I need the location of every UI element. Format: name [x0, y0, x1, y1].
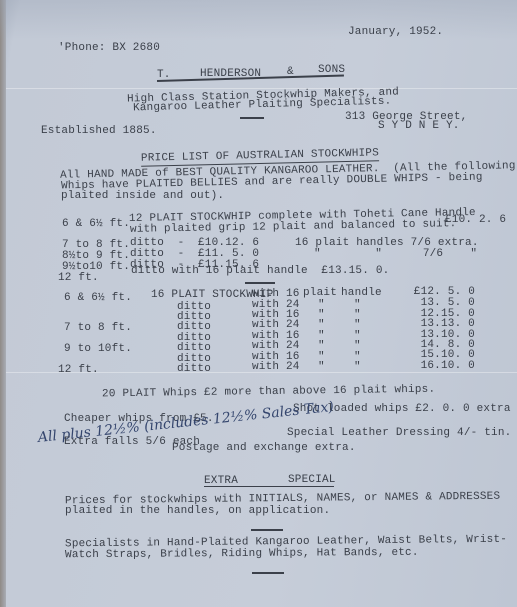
divider	[240, 117, 264, 119]
extra-special-line-2: plaited in the handles, on application.	[65, 506, 330, 517]
divider	[252, 572, 284, 574]
handle-q2: "	[354, 362, 361, 373]
size: 6 & 6½ ft.	[64, 293, 132, 304]
description: ditto	[177, 364, 211, 375]
paper-left-edge	[0, 0, 6, 607]
description: ditto with 16 plait handle £13.15. 0.	[131, 266, 389, 277]
size: 6 & 6½ ft.	[62, 219, 130, 230]
handle-q2: handle	[341, 288, 382, 299]
established: Established 1885.	[41, 126, 157, 137]
paper-fold	[6, 88, 517, 89]
twenty-plait-note: 20 PLAIT Whips £2 more than above 16 pla…	[102, 385, 435, 401]
price: £10. 2. 6	[445, 215, 506, 226]
size: 12 ft.	[58, 273, 99, 284]
heading-part-2: SPECIAL	[288, 475, 336, 486]
size: 12 ft.	[58, 365, 99, 376]
price: 16.10. 0	[405, 361, 475, 372]
handle: with 24	[252, 362, 300, 373]
handle-q1: "	[318, 362, 325, 373]
size: 7 to 8 ft.	[64, 323, 132, 334]
heading-underline	[204, 486, 334, 487]
intro-line-3: plaited inside and out).	[61, 191, 224, 202]
divider	[245, 282, 275, 284]
phone: 'Phone: BX 2680	[58, 43, 160, 54]
dressing-note: Special Leather Dressing 4/- tin.	[287, 428, 511, 439]
divider	[251, 529, 283, 531]
postage-note: Postage and exchange extra.	[172, 443, 356, 454]
handle-q1: plait	[303, 288, 337, 299]
date: January, 1952.	[348, 27, 443, 38]
specialists-line-2: Watch Straps, Bridles, Riding Whips, Hat…	[65, 548, 419, 561]
note: " " 7/6 "	[314, 249, 477, 260]
address-line-2: S Y D N E Y.	[378, 121, 460, 132]
size: 9 to 10ft.	[64, 344, 132, 355]
